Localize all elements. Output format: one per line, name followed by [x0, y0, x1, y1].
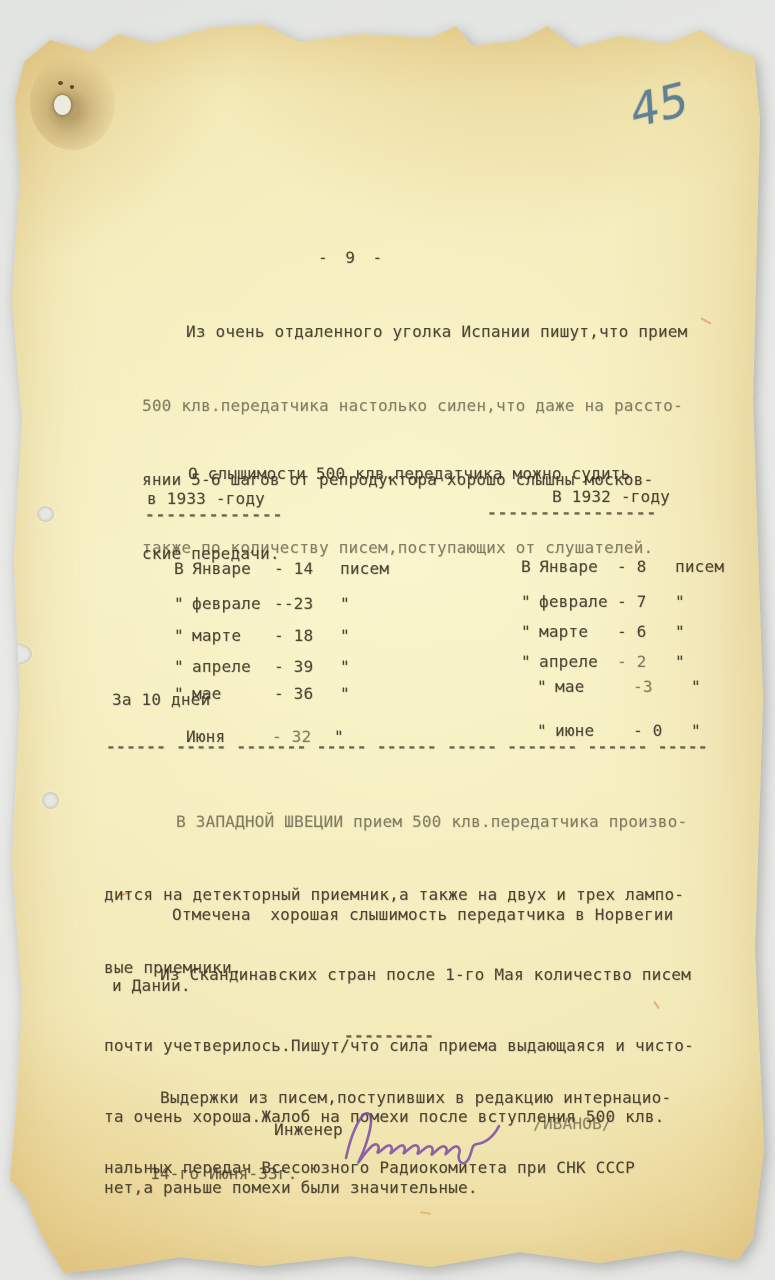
- june-label: За 10 дней: [112, 690, 210, 709]
- row-unit: ": [340, 684, 350, 703]
- paper-sheet: 45 - 9 - Из очень отдаленного уголка Исп…: [0, 0, 775, 1280]
- punch-hole: [42, 792, 59, 809]
- handwritten-signature: [336, 1100, 521, 1175]
- scanned-document: { "page": { "corner_number": "45", "page…: [0, 0, 775, 1280]
- typed-line: Из Скандинавских стран после 1-го Мая ко…: [160, 958, 694, 991]
- table-1933-underline: -------------: [145, 505, 283, 524]
- typed-line: В ЗАПАДНОЙ ШВЕЦИИ прием 500 клв.передатч…: [176, 804, 687, 839]
- stain-speck: [58, 81, 63, 85]
- typed-page-number: - 9 -: [318, 248, 386, 267]
- row-prefix: ": [537, 677, 555, 696]
- paper-wrap: 45 - 9 - Из очень отдаленного уголка Исп…: [0, 0, 775, 1280]
- dashed-separator: ------ ----- ------- ----- ------ ----- …: [106, 737, 708, 756]
- paper-hole: [54, 95, 71, 115]
- paper-stain: [30, 55, 115, 150]
- row-value: -3: [633, 677, 691, 696]
- row-unit: ": [691, 677, 701, 696]
- row-month: мае: [555, 677, 633, 696]
- edge-tear-hole: [0, 643, 32, 665]
- signature-role-label: Инженер: [274, 1120, 343, 1139]
- row-value: - 36: [274, 684, 340, 703]
- short-dashed-separator: ---------: [344, 1026, 434, 1045]
- stain-speck: [70, 85, 74, 89]
- table-1932-underline: ----------------: [487, 503, 657, 522]
- typed-signature-name: /ИВАНОВ/: [533, 1114, 612, 1133]
- typed-line: Из очень отдаленного уголка Испании пишу…: [186, 314, 687, 350]
- document-date: 14-го Июня-33г.: [150, 1164, 298, 1183]
- punch-hole: [37, 506, 54, 522]
